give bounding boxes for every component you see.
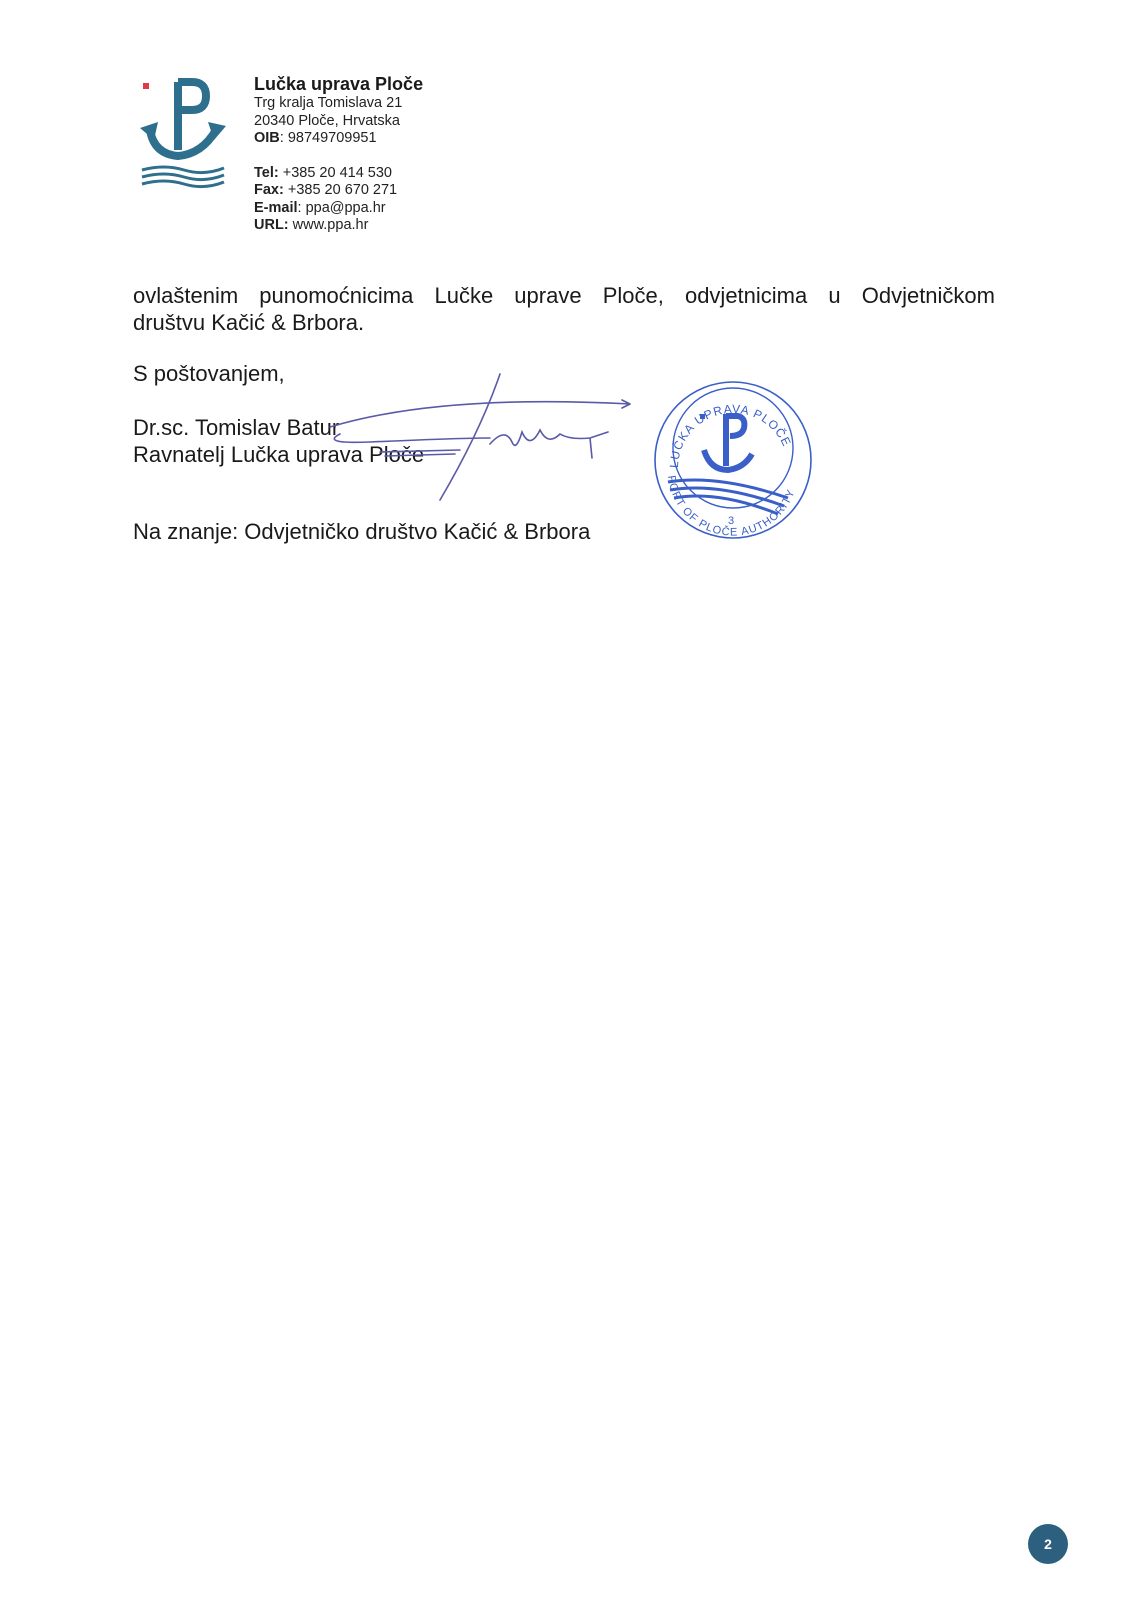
fax-value: +385 20 670 271 [284, 182, 397, 198]
handwritten-signature [290, 372, 650, 512]
url-label: URL: [254, 217, 289, 233]
body-paragraph: ovlaštenim punomoćnicima Lučke uprave Pl… [133, 282, 995, 336]
email-label: E-mail [254, 200, 298, 216]
paragraph-line-1: ovlaštenim punomoćnicima Lučke uprave Pl… [133, 282, 995, 309]
url-value: www.ppa.hr [289, 217, 369, 233]
url-line: URL: www.ppa.hr [254, 217, 423, 235]
oib-line: OIB: 98749709951 [254, 130, 423, 148]
anchor-logo-icon [140, 72, 226, 192]
stamp-anchor-icon [700, 414, 752, 470]
tel-line: Tel: +385 20 414 530 [254, 165, 423, 183]
fax-label: Fax: [254, 182, 284, 198]
organization-name: Lučka uprava Ploče [254, 73, 423, 95]
address-line-2: 20340 Ploče, Hrvatska [254, 113, 423, 131]
page-number-badge: 2 [1028, 1524, 1068, 1564]
email-value: : ppa@ppa.hr [298, 200, 386, 216]
fax-line: Fax: +385 20 670 271 [254, 182, 423, 200]
cc-line: Na znanje: Odvjetničko društvo Kačić & B… [133, 518, 995, 545]
official-stamp: LUČKA UPRAVA PLOČE PORT OF PLOČE AUTHORI… [648, 378, 818, 544]
letterhead: Lučka uprava Ploče Trg kralja Tomislava … [254, 73, 423, 235]
oib-value: : 98749709951 [280, 130, 377, 146]
tel-value: +385 20 414 530 [279, 165, 392, 181]
address-line-1: Trg kralja Tomislava 21 [254, 95, 423, 113]
tel-label: Tel: [254, 165, 279, 181]
stamp-number: 3 [728, 515, 734, 527]
oib-label: OIB [254, 130, 280, 146]
paragraph-line-2: društvu Kačić & Brbora. [133, 310, 364, 335]
email-line: E-mail: ppa@ppa.hr [254, 200, 423, 218]
